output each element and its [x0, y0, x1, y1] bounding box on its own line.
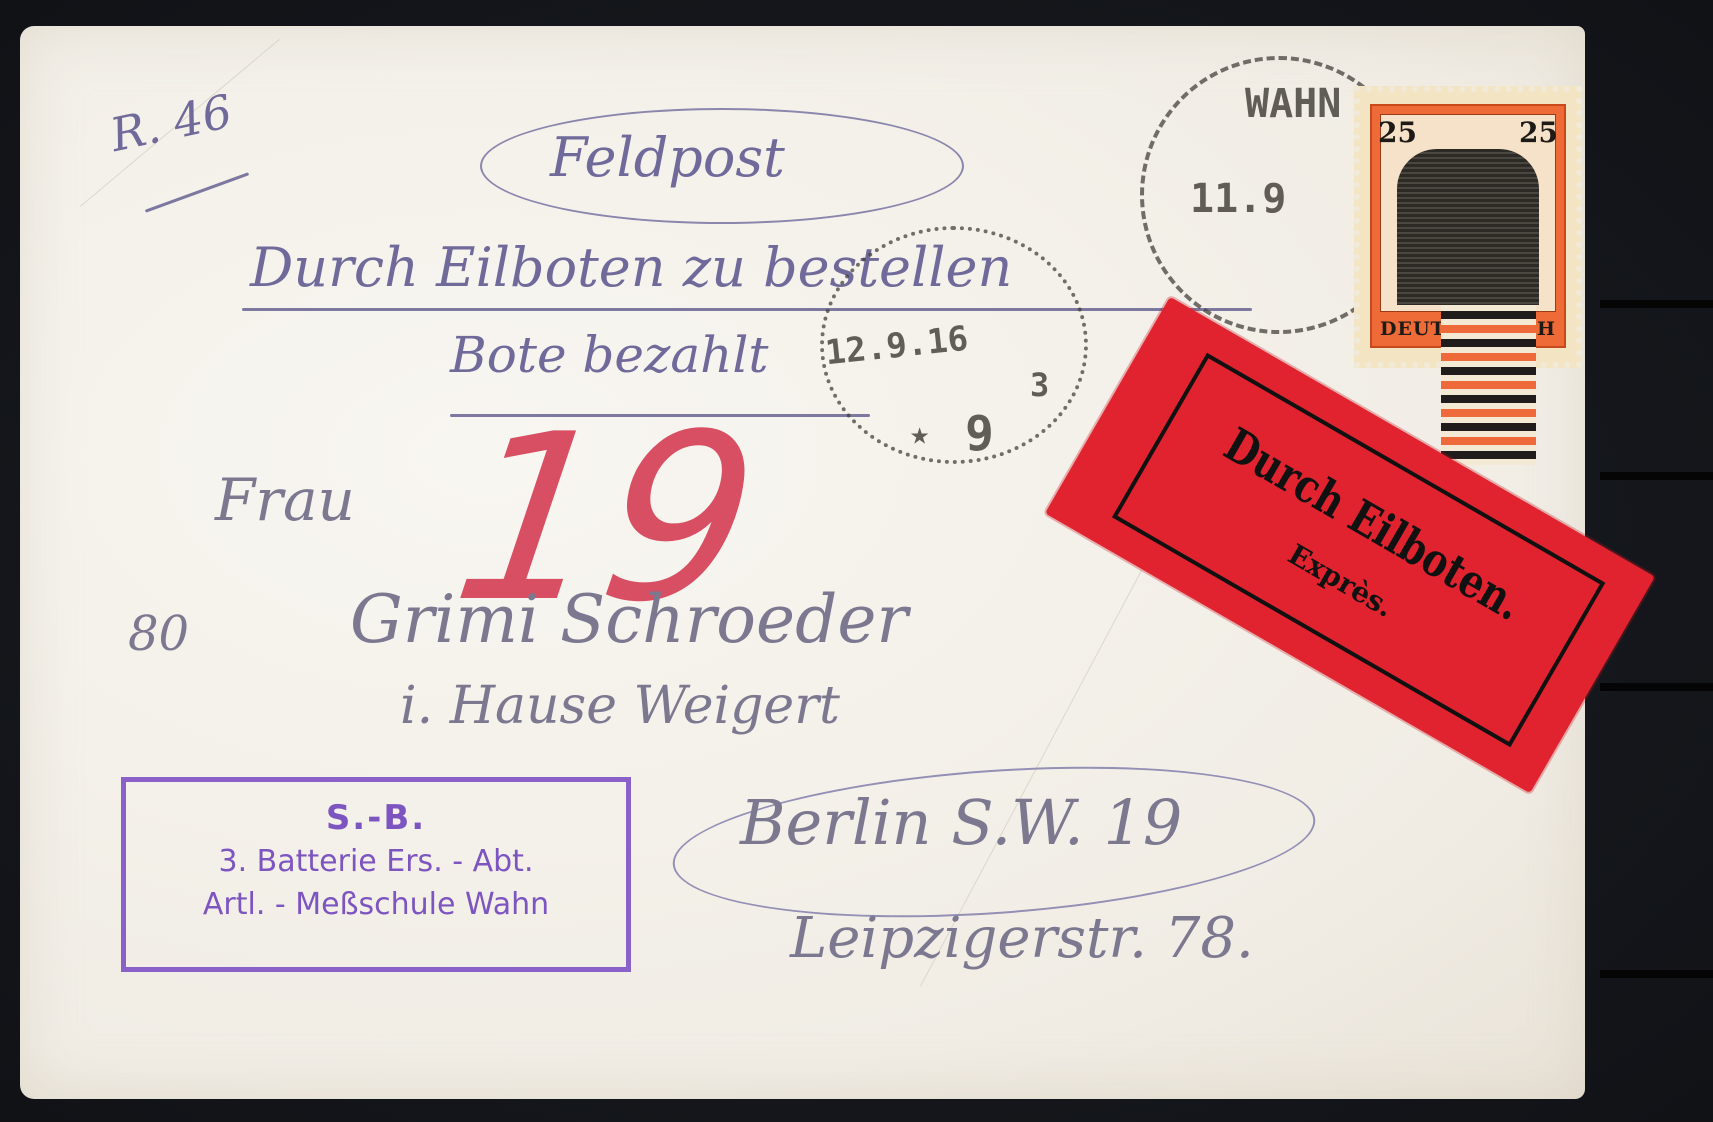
germania-portrait-icon — [1397, 149, 1539, 305]
sender-stamp-line-3: Artl. - Meßschule Wahn — [126, 887, 626, 922]
scan-mark — [1600, 683, 1713, 691]
origin-postmark-date: 11.9 — [1190, 176, 1286, 222]
stamp-country-left: DEUT — [1380, 318, 1446, 340]
instruction-line-2: Bote bezahlt — [450, 326, 768, 384]
sender-stamp-line-2: 3. Batterie Ers. - Abt. — [126, 844, 626, 879]
sender-stamp: S.-B. 3. Batterie Ers. - Abt. Artl. - Me… — [121, 777, 631, 972]
scan-mark — [1600, 472, 1713, 480]
address-city: Berlin S.W. 19 — [740, 786, 1182, 859]
stamp-value-left: 25 — [1378, 116, 1417, 149]
address-care-of: i. Hause Weigert — [400, 676, 840, 736]
scan-mark — [1600, 970, 1713, 978]
corner-note-underline — [145, 172, 249, 212]
arrival-postmark-extra: 3 — [1030, 366, 1049, 404]
scan-mark — [1600, 300, 1713, 308]
stamp-cancel-stripes — [1441, 305, 1536, 465]
stamp-value-right: 25 — [1519, 116, 1558, 149]
corner-note: R. 46 — [106, 84, 237, 162]
arrival-postmark-code: 9 — [965, 406, 994, 462]
star-icon: ★ — [910, 414, 929, 452]
address-name: Grimi Schroeder — [350, 581, 908, 658]
margin-number: 80 — [128, 606, 189, 662]
feldpost-text: Feldpost — [550, 126, 785, 189]
sender-stamp-line-1: S.-B. — [126, 798, 626, 838]
address-street: Leipzigerstr. 78. — [790, 906, 1254, 971]
address-salutation: Frau — [215, 466, 355, 534]
instruction-underline-1 — [242, 308, 1252, 311]
